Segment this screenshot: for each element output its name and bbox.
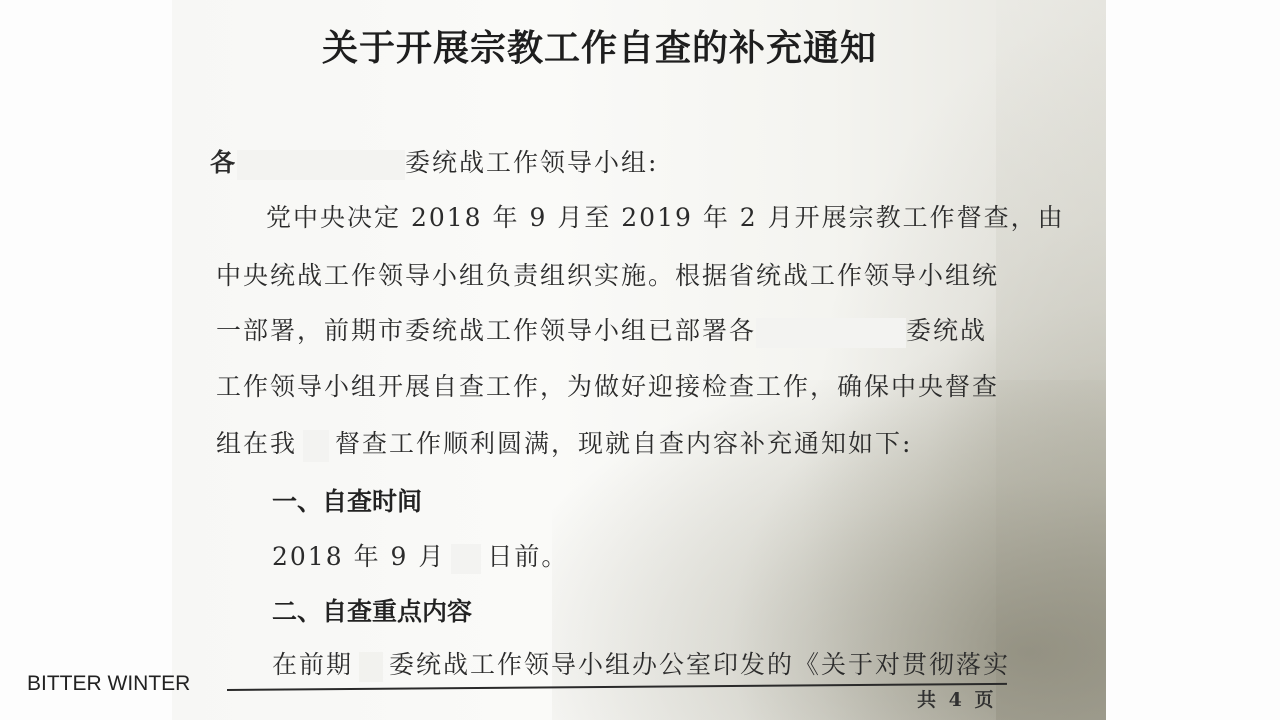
redacted-region xyxy=(237,150,405,180)
section-2-body: 在前期委统战工作领导小组办公室印发的《关于对贯彻落实 xyxy=(272,645,1010,682)
section-1-body-part1: 2018 年 9 月 xyxy=(272,542,445,571)
document-title: 关于开展宗教工作自查的补充通知 xyxy=(322,20,877,71)
section-2-body-part1: 在前期 xyxy=(272,650,353,679)
redacted-region xyxy=(756,318,906,348)
paragraph-line-5-part1: 组在我 xyxy=(216,429,297,458)
section-2-body-part2: 委统战工作领导小组办公室印发的《关于对贯彻落实 xyxy=(389,650,1010,679)
redacted-region xyxy=(451,544,481,574)
salutation-prefix: 各 xyxy=(210,148,237,177)
paragraph-line-3-part2: 委统战 xyxy=(906,316,987,345)
document-photo: 关于开展宗教工作自查的补充通知 各委统战工作领导小组: 党中央决定 2018 年… xyxy=(172,0,1106,720)
watermark-label: BITTER WINTER xyxy=(27,672,190,696)
redacted-region xyxy=(359,652,383,682)
section-heading-1: 一、自查时间 xyxy=(272,482,422,518)
paragraph-line-5-part2: 督查工作顺利圆满，现就自查内容补充通知如下: xyxy=(335,429,912,458)
section-1-body-part2: 日前。 xyxy=(487,542,568,571)
image-stage: 关于开展宗教工作自查的补充通知 各委统战工作领导小组: 党中央决定 2018 年… xyxy=(0,0,1280,720)
salutation-suffix: 委统战工作领导小组: xyxy=(405,148,658,177)
paragraph-line-1: 党中央决定 2018 年 9 月至 2019 年 2 月开展宗教工作督查，由 xyxy=(266,198,1065,234)
redacted-region xyxy=(303,430,329,462)
section-1-body: 2018 年 9 月日前。 xyxy=(272,537,568,574)
paragraph-line-2: 中央统战工作领导小组负责组织实施。根据省统战工作领导小组统 xyxy=(216,256,999,292)
page-count: 共 4 页 xyxy=(917,685,996,712)
paragraph-line-3: 一部署，前期市委统战工作领导小组已部署各委统战 xyxy=(216,311,987,348)
paragraph-line-4: 工作领导小组开展自查工作，为做好迎接检查工作，确保中央督查 xyxy=(216,367,999,403)
section-heading-2: 二、自查重点内容 xyxy=(272,592,472,628)
salutation: 各委统战工作领导小组: xyxy=(210,143,658,180)
paragraph-line-5: 组在我督查工作顺利圆满，现就自查内容补充通知如下: xyxy=(216,424,912,462)
paragraph-line-3-part1: 一部署，前期市委统战工作领导小组已部署各 xyxy=(216,316,756,345)
